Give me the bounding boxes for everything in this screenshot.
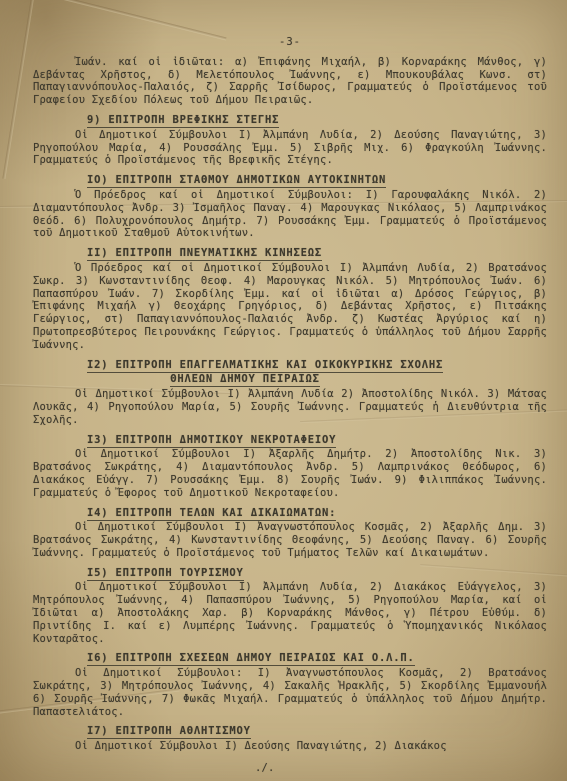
section-16: Ι6) ΕΠΙΤΡΟΠΗ ΣΧΕΣΕΩΝ ΔΗΜΟΥ ΠΕΙΡΑΙΩΣ ΚΑΙ … — [33, 652, 547, 718]
section-13-title: Ι3) ΕΠΙΤΡΟΠΗ ΔΗΜΟΤΙΚΟΥ ΝΕΚΡΟΤΑΦΕΙΟΥ — [87, 434, 547, 447]
section-9: 9) ΕΠΙΤΡΟΠΗ ΒΡΕΦΙΚΗΣ ΣΤΕΓΗΣ Οἱ Δημοτικοί… — [33, 114, 547, 167]
section-12-body: Οἱ Δημοτικοί Σύμβουλοι Ι) Ἀλμπάνη Λυδία … — [33, 388, 547, 426]
section-16-body: Οἱ Δημοτικοί Σύμβουλοι: Ι) Ἀναγνωστόπουλ… — [33, 667, 547, 718]
section-10-title: ΙΟ) ΕΠΙΤΡΟΠΗ ΣΤΑΘΜΟΥ ΔΗΜΟΤΙΚΩΝ ΑΥΤΟΚΙΝΗΤ… — [87, 174, 547, 187]
section-11: ΙΙ) ΕΠΙΤΡΟΠΗ ΠΝΕΥΜΑΤΙΚΗΣ ΚΙΝΗΣΕΩΣ Ὁ Πρόε… — [33, 247, 547, 351]
section-15-body: Οἱ Δημοτικοί Σύμβουλοι Ι) Ἀλμπάνη Λυδία,… — [33, 581, 547, 645]
section-14: Ι4) ΕΠΙΤΡΟΠΗ ΤΕΛΩΝ ΚΑΙ ΔΙΚΑΙΩΜΑΤΩΝ: Οἱ Δ… — [33, 507, 547, 560]
section-15: Ι5) ΕΠΙΤΡΟΠΗ ΤΟΥΡΙΣΜΟΥ Οἱ Δημοτικοί Σύμβ… — [33, 567, 547, 646]
paper-crease — [2, 0, 36, 179]
section-9-title: 9) ΕΠΙΤΡΟΠΗ ΒΡΕΦΙΚΗΣ ΣΤΕΓΗΣ — [87, 114, 547, 127]
section-13: Ι3) ΕΠΙΤΡΟΠΗ ΔΗΜΟΤΙΚΟΥ ΝΕΚΡΟΤΑΦΕΙΟΥ Οἱ Δ… — [33, 434, 547, 500]
section-17-body: Οἱ Δημοτικοί Σύμβουλοι Ι) Δεούσης Παναγι… — [33, 740, 547, 753]
scanned-document-page: -3- Ἰωάν. καί οἱ ἰδιῶται: α) Ἐπιφάνης Μι… — [0, 0, 567, 781]
section-9-body: Οἱ Δημοτικοί Σύμβουλοι Ι) Ἀλμπάνη Λυδία,… — [33, 129, 547, 167]
section-11-title: ΙΙ) ΕΠΙΤΡΟΠΗ ΠΝΕΥΜΑΤΙΚΗΣ ΚΙΝΗΣΕΩΣ — [87, 247, 547, 260]
section-16-title: Ι6) ΕΠΙΤΡΟΠΗ ΣΧΕΣΕΩΝ ΔΗΜΟΥ ΠΕΙΡΑΙΩΣ ΚΑΙ … — [87, 652, 547, 665]
section-13-body: Οἱ Δημοτικοί Σύμβουλοι Ι) Ἀξαρλῆς Δημήτρ… — [33, 448, 547, 499]
section-14-body: Οἱ Δημοτικοί Σύμβουλοι Ι) Ἀναγνωστόπουλο… — [33, 521, 547, 559]
section-12-title-line2: ΘΗΛΕΩΝ ΔΗΜΟΥ ΠΕΙΡΑΙΩΣ — [33, 373, 457, 386]
intro-paragraph: Ἰωάν. καί οἱ ἰδιῶται: α) Ἐπιφάνης Μιχαήλ… — [33, 56, 547, 107]
continuation-mark: ./. — [255, 762, 547, 775]
section-12: Ι2) ΕΠΙΤΡΟΠΗ ΕΠΑΓΓΕΛΜΑΤΙΚΗΣ ΚΑΙ ΟΙΚΟΚΥΡΙ… — [33, 359, 547, 427]
section-14-title: Ι4) ΕΠΙΤΡΟΠΗ ΤΕΛΩΝ ΚΑΙ ΔΙΚΑΙΩΜΑΤΩΝ: — [87, 507, 547, 520]
section-11-body: Ὁ Πρόεδρος καί οἱ Δημοτικοί Σύμβουλοι Ι)… — [33, 262, 547, 352]
section-12-title: Ι2) ΕΠΙΤΡΟΠΗ ΕΠΑΓΓΕΛΜΑΤΙΚΗΣ ΚΑΙ ΟΙΚΟΚΥΡΙ… — [87, 359, 547, 372]
section-17-title: Ι7) ΕΠΙΤΡΟΠΗ ΑΘΛΗΤΙΣΜΟΥ — [87, 725, 547, 738]
section-10-body: Ὁ Πρόεδρος καί οἱ Δημοτικοί Σύμβουλοι: Ι… — [33, 189, 547, 240]
document-content: -3- Ἰωάν. καί οἱ ἰδιῶται: α) Ἐπιφάνης Μι… — [33, 36, 547, 775]
section-17: Ι7) ΕΠΙΤΡΟΠΗ ΑΘΛΗΤΙΣΜΟΥ Οἱ Δημοτικοί Σύμ… — [33, 725, 547, 753]
paper-crease — [0, 0, 227, 40]
section-10: ΙΟ) ΕΠΙΤΡΟΠΗ ΣΤΑΘΜΟΥ ΔΗΜΟΤΙΚΩΝ ΑΥΤΟΚΙΝΗΤ… — [33, 174, 547, 240]
page-number: -3- — [33, 36, 547, 49]
section-15-title: Ι5) ΕΠΙΤΡΟΠΗ ΤΟΥΡΙΣΜΟΥ — [87, 567, 547, 580]
